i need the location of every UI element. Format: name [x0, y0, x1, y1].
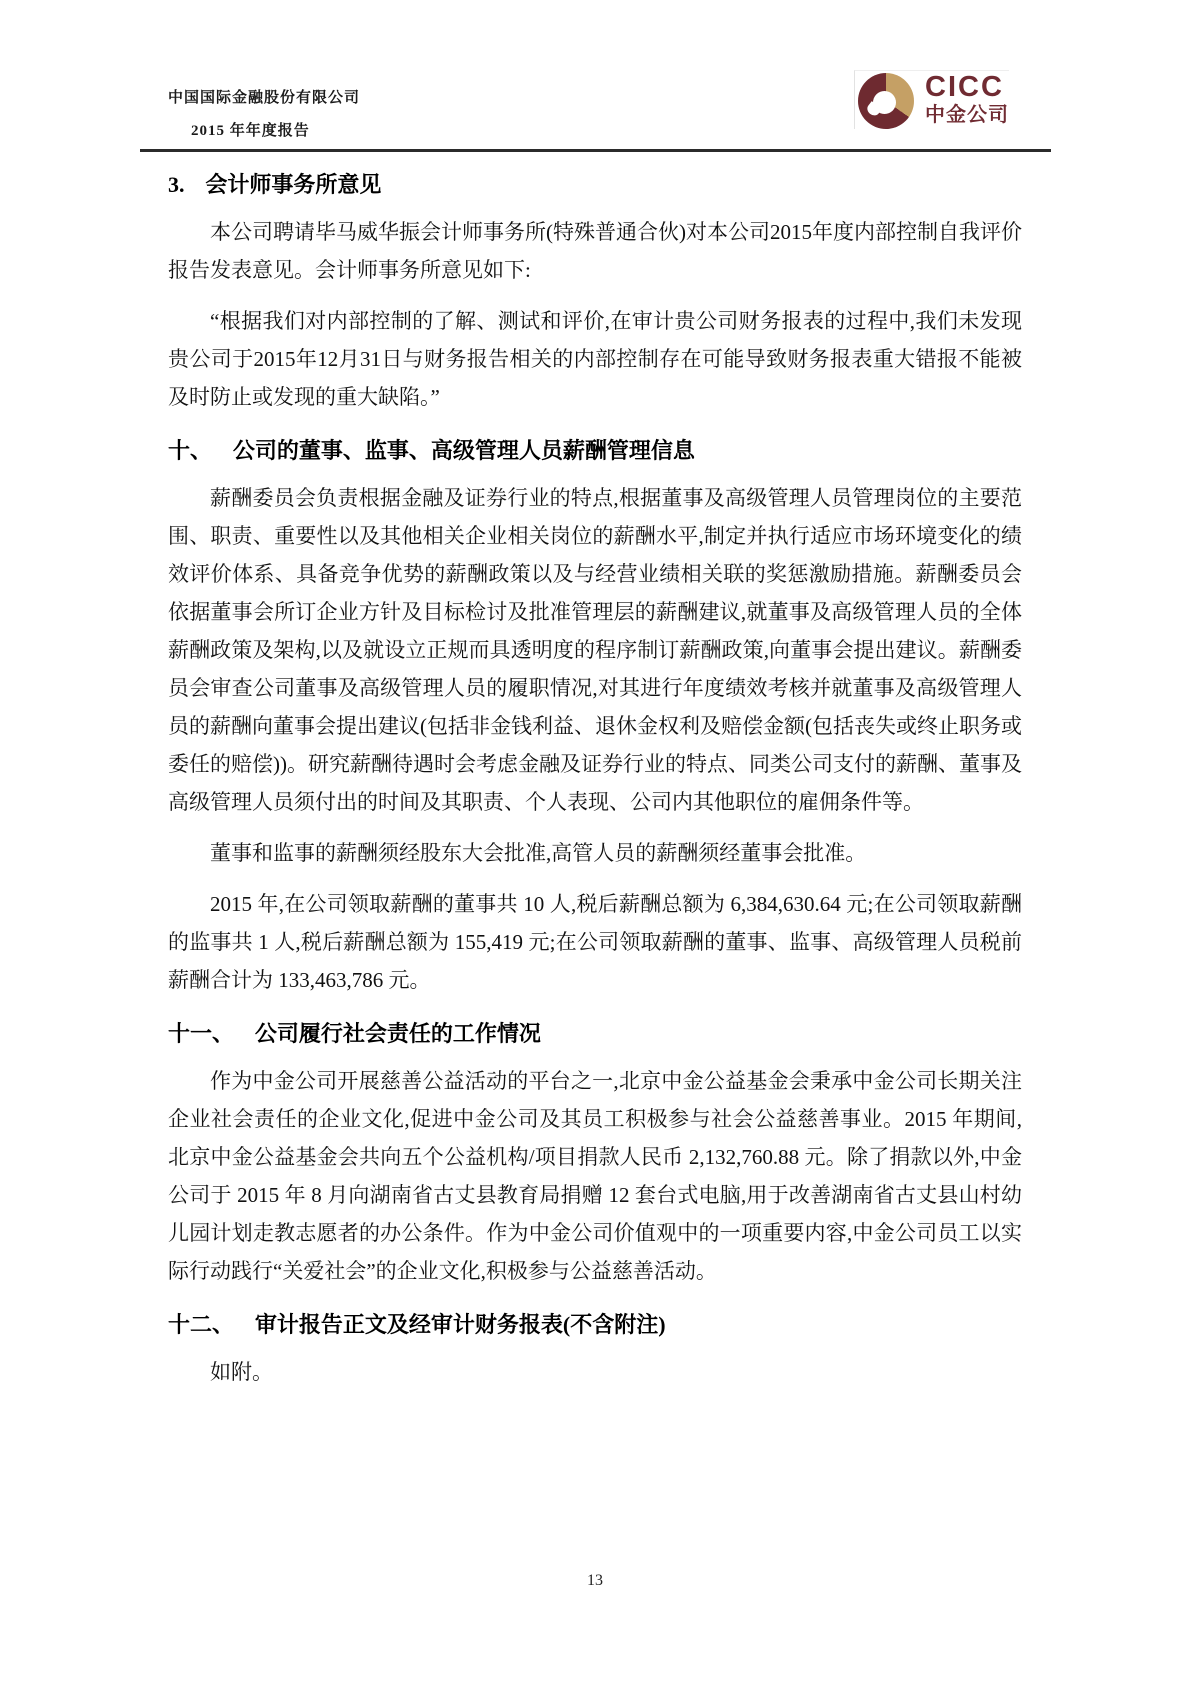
- document-page: 中国国际金融股份有限公司 2015 年年度报告 CICC 中金公司 3. 会计师…: [0, 0, 1190, 1684]
- section-number: 十、: [168, 436, 212, 466]
- header-report-title: 2015 年年度报告: [191, 119, 310, 140]
- cicc-logo-cn: 中金公司: [925, 105, 1009, 125]
- cicc-logo: CICC 中金公司: [854, 70, 1009, 129]
- paragraph: 薪酬委员会负责根据金融及证券行业的特点,根据董事及高级管理人员管理岗位的主要范围…: [168, 479, 1022, 821]
- section-number: 十二、: [168, 1310, 234, 1340]
- paragraph: 2015 年,在公司领取薪酬的董事共 10 人,税后薪酬总额为 6,384,63…: [168, 885, 1022, 999]
- cicc-logo-text: CICC 中金公司: [925, 73, 1009, 125]
- header-company-name: 中国国际金融股份有限公司: [168, 86, 360, 107]
- cicc-logo-en: CICC: [925, 73, 1009, 102]
- page-number: 13: [0, 1572, 1190, 1590]
- section-title: 审计报告正文及经审计财务报表(不含附注): [255, 1312, 666, 1337]
- section-heading-12: 十二、 审计报告正文及经审计财务报表(不含附注): [168, 1310, 1022, 1340]
- section-heading-3: 3. 会计师事务所意见: [168, 170, 1022, 200]
- paragraph: 作为中金公司开展慈善公益活动的平台之一,北京中金公益基金会秉承中金公司长期关注企…: [168, 1062, 1022, 1290]
- paragraph-quote: “根据我们对内部控制的了解、测试和评价,在审计贵公司财务报表的过程中,我们未发现…: [168, 302, 1022, 416]
- section-title: 公司履行社会责任的工作情况: [255, 1021, 541, 1046]
- section-heading-10: 十、 公司的董事、监事、高级管理人员薪酬管理信息: [168, 436, 1022, 466]
- section-number: 十一、: [168, 1019, 234, 1049]
- document-body: 3. 会计师事务所意见 本公司聘请毕马威华振会计师事务所(特殊普通合伙)对本公司…: [168, 166, 1022, 1404]
- paragraph: 董事和监事的薪酬须经股东大会批准,高管人员的薪酬须经董事会批准。: [168, 834, 1022, 872]
- cicc-logo-hole: [873, 91, 896, 114]
- section-title: 公司的董事、监事、高级管理人员薪酬管理信息: [233, 438, 695, 463]
- section-title: 会计师事务所意见: [205, 172, 381, 197]
- cicc-logo-icon: [858, 73, 914, 129]
- section-heading-11: 十一、 公司履行社会责任的工作情况: [168, 1019, 1022, 1049]
- paragraph: 本公司聘请毕马威华振会计师事务所(特殊普通合伙)对本公司2015年度内部控制自我…: [168, 213, 1022, 289]
- paragraph: 如附。: [168, 1353, 1022, 1391]
- header-divider: [140, 149, 1051, 152]
- section-number: 3.: [168, 170, 185, 200]
